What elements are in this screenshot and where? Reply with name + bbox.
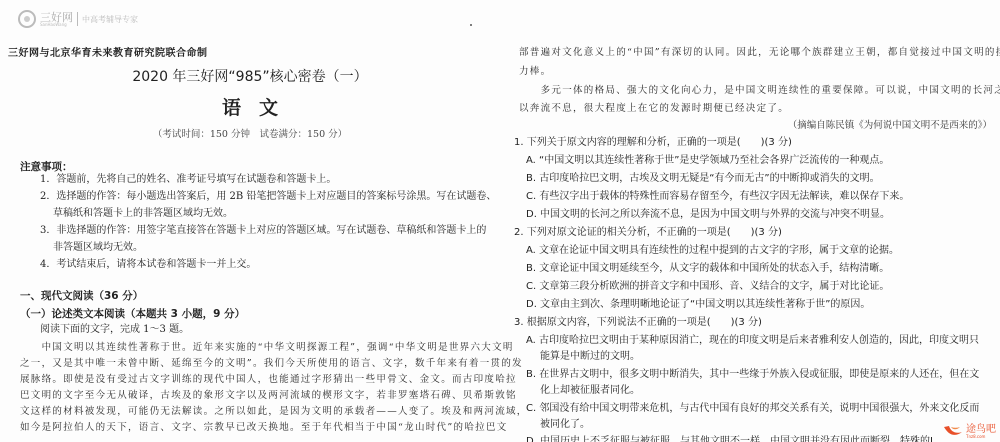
left-page: 三好网SanHaoWang 中高考辅导专家 三好网与北京华育未来教育研究院联合命… bbox=[0, 0, 498, 442]
passage-source: （摘编自陈民镇《为何说中国文明不是西来的》） bbox=[788, 117, 992, 131]
notice-item-3: 3．非选择题的作答：用签字笔直接答在答题卡上对应的答题区域。写在试题卷、草稿纸和… bbox=[40, 223, 486, 239]
notice-item-2: 2．选择题的作答：每小题选出答案后，用 2B 铅笔把答题卡上对应题目的答案标号涂… bbox=[40, 189, 496, 205]
question-3-option-c: C. 邻国没有给中国文明带来危机，与古代中国有良好的邦交关系有关，说明中国很强大… bbox=[526, 399, 979, 414]
bird-logo-icon bbox=[942, 424, 964, 440]
reading-instruction: 阅读下面的文字，完成 1～3 题。 bbox=[40, 322, 189, 338]
question-3-stem: 3. 根据原文内容，下列说法不正确的一项是( )(3 分) bbox=[514, 313, 762, 328]
subject-title: 语文 bbox=[0, 93, 500, 120]
question-1-option-b: B. 古印度哈拉巴文明，古埃及文明无疑是“有今而无古”的中断抑或消失的文明。 bbox=[526, 169, 880, 184]
notice-item-3-cont: 非答题区域均无效。 bbox=[53, 240, 143, 256]
passage-line: 文这样的材料被发现，可能仍无法解读。之所以如此，是因为文明的承载者——人变了。埃… bbox=[20, 404, 528, 420]
subsection-heading: （一）论述类文本阅读（本题共 3 小题，9 分） bbox=[20, 306, 245, 321]
question-2-option-a: A. 文章在论证中国文明具有连续性的过程中提到的古文字的字形，属于文章的论据。 bbox=[526, 241, 899, 256]
passage-line: 如今是阿拉伯人的天下，语言、文字、宗教早已改天换地。至于年代相当于中国“龙山时代… bbox=[20, 420, 508, 436]
question-3-option-a-cont: 能算是中断过的文明。 bbox=[540, 347, 640, 362]
passage-line: 部普遍对文化意义上的“中国”有深切的认同。因此，无论哪个族群建立王朝，都自觉接过… bbox=[519, 44, 1000, 58]
logo-divider bbox=[77, 12, 78, 26]
notice-item-4: 4．考试结束后，请将本试卷和答题卡一并上交。 bbox=[40, 257, 256, 273]
question-3-option-d: D. 中国历史上不乏征服与被征服，与其他文明不一样，中国文明并没有因此而断裂，特… bbox=[526, 432, 933, 442]
watermark-url: Tnz8.com bbox=[966, 435, 996, 439]
sanhaowang-logo-icon bbox=[18, 10, 36, 28]
question-1-option-d: D. 中国文明的长河之所以奔流不息，是因为中国文明与外界的交流与冲突不明显。 bbox=[526, 205, 890, 220]
question-2-option-c: C. 文章第三段分析欧洲的拼音文字和中国形、音、义结合的文字，属于对比论证。 bbox=[526, 277, 889, 292]
passage-line: 巴文明的文字至今无从破译，古埃及的象形文字以及两河流域的楔形文字，若非罗塞塔石碑… bbox=[20, 388, 517, 404]
passage-line: 展脉络。即使是没有受过古文字训练的现代中国人，也能通过字形猜出一些甲骨文、金文。… bbox=[20, 372, 517, 388]
publisher-logo: 三好网SanHaoWang 中高考辅导专家 bbox=[18, 10, 138, 28]
passage-line: 力棒。 bbox=[519, 63, 551, 77]
question-2-stem: 2. 下列对原文论证的相关分析，不正确的一项是( )(3 分) bbox=[514, 223, 782, 238]
passage-line: 之一，又是其中唯一未曾中断、延绵至今的文明”。我们今天所使用的语言、文字，数千年… bbox=[20, 356, 523, 372]
right-page: 部普遍对文化意义上的“中国”有深切的认同。因此，无论哪个族群建立王朝，都自觉接过… bbox=[500, 0, 1000, 442]
question-2-option-b: B. 文章论证中国文明延续至今，从文字的载体和中国所处的状态入手，结构清晰。 bbox=[526, 259, 889, 274]
passage-line: 以奔流不息，很大程度上在它的发源时期便已经决定了。 bbox=[519, 100, 789, 114]
logo-slogan: 中高考辅导专家 bbox=[82, 14, 138, 25]
question-3-option-a: A. 古印度哈拉巴文明由于某种原因消亡，现在的印度文明是后来者雅利安人创造的，因… bbox=[526, 331, 979, 346]
question-2-option-d: D. 文章由主到次、条理明晰地论证了“中国文明以其连续性著称于世”的原因。 bbox=[526, 295, 870, 310]
question-3-option-b: B. 在世界古文明中，很多文明中断消失，其中一些缘于外族入侵或征服，即使是原来的… bbox=[526, 365, 979, 380]
section-heading: 一、现代文阅读（36 分） bbox=[20, 288, 143, 303]
question-3-option-b-cont: 化上却被征服者同化。 bbox=[540, 381, 640, 396]
co-publisher-line: 三好网与北京华育未来教育研究院联合命制 bbox=[8, 44, 208, 59]
question-3-option-c-cont: 被同化了。 bbox=[540, 415, 590, 430]
question-1-option-a: A. “中国文明以其连续性著称于世”是史学领域乃至社会各界广泛流传的一种观点。 bbox=[526, 151, 889, 166]
passage-line: 中国文明以其连续性著称于世。近年来实施的“中华文明探源工程”，强调“中华文明是世… bbox=[20, 340, 514, 356]
exam-title: 2020 年三好网“985”核心密卷（一） bbox=[0, 66, 500, 86]
question-1-stem: 1. 下列关于原文内容的理解和分析，正确的一项是( )(3 分) bbox=[514, 133, 792, 148]
exam-info: （考试时间：150 分钟 试卷满分：150 分） bbox=[0, 126, 500, 140]
scan-speck bbox=[470, 24, 472, 26]
notice-item-2-cont: 草稿纸和答题卡上的非答题区域均无效。 bbox=[53, 206, 233, 222]
passage-line: 多元一体的格局、强大的文化向心力，是中国文明连续性的重要保障。可以说，中国文明的… bbox=[519, 82, 1000, 96]
question-1-option-c: C. 有些汉字出于载体的特殊性而容易存留至今，有些汉字因无法解读，难以保存下来。 bbox=[526, 187, 909, 202]
notice-item-1: 1．答题前，先将自己的姓名、准考证号填写在试题卷和答题卡上。 bbox=[40, 172, 336, 188]
site-watermark: 途鸟吧Tnz8.com bbox=[942, 424, 996, 440]
